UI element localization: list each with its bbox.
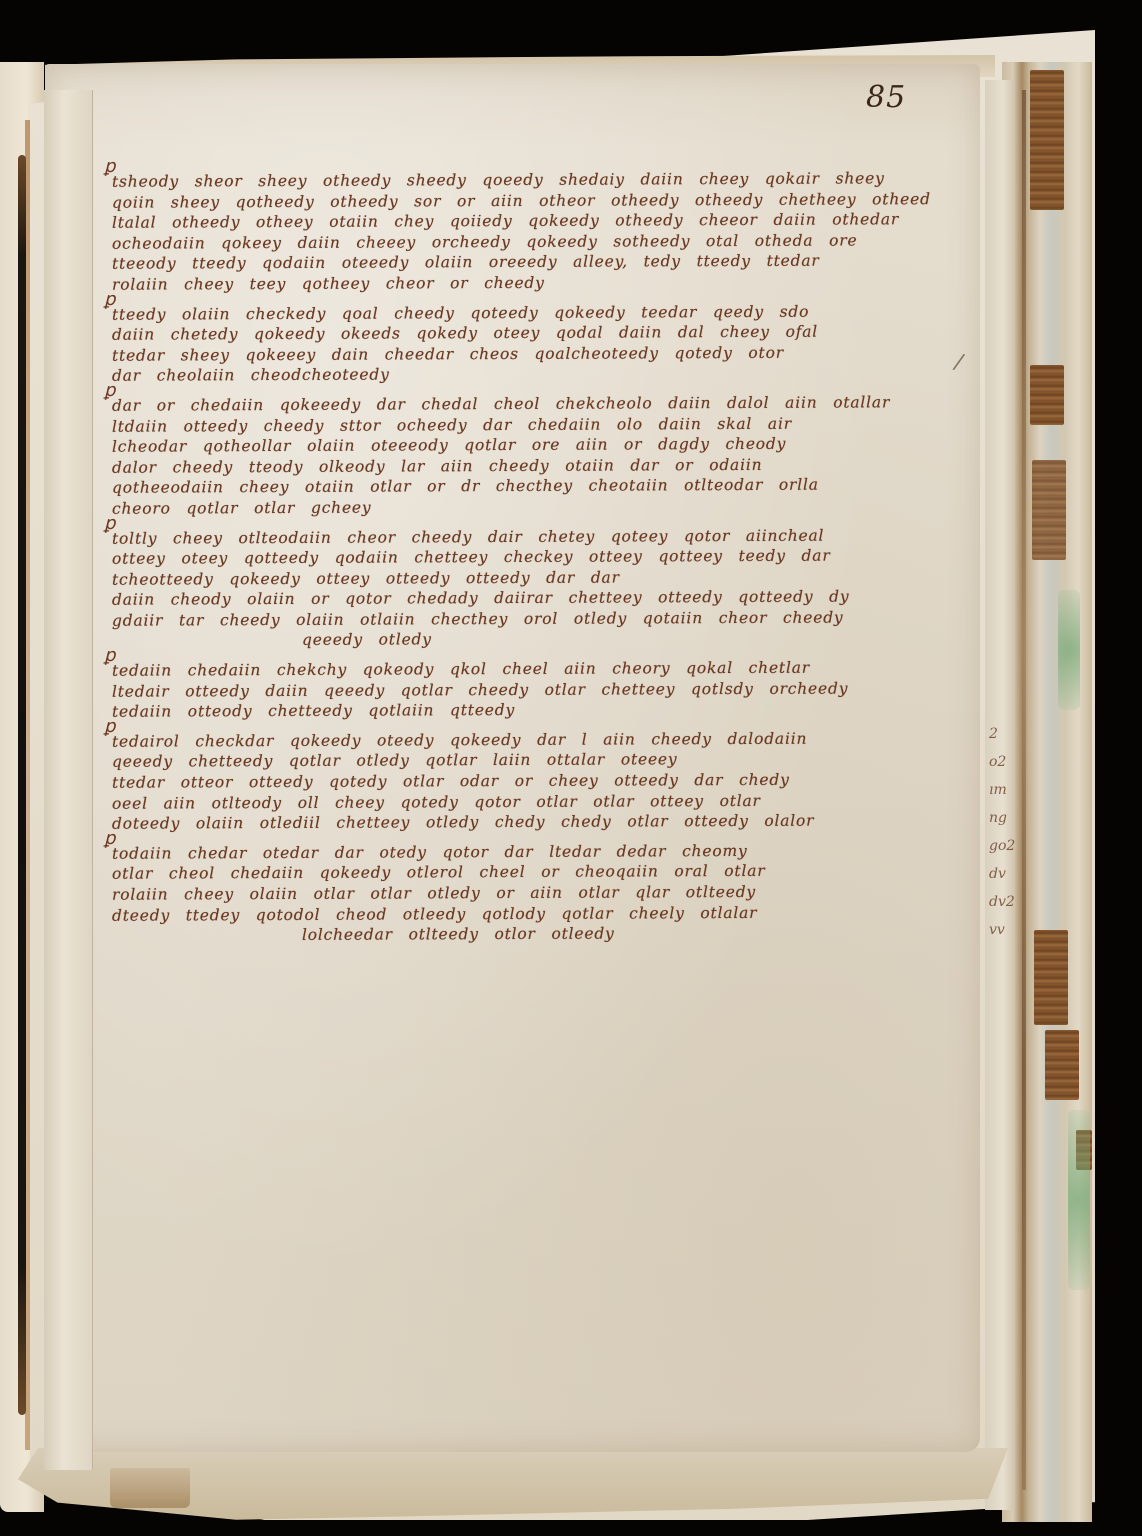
paragraph: ꝑ tteedy olaiin checkedy qoal cheedy qot… xyxy=(112,303,892,385)
folio-fold xyxy=(44,90,93,1470)
paragraph: ꝑ dar or chedaiin qokeeedy dar chedal ch… xyxy=(112,394,892,518)
margin-glyph: dv2 xyxy=(989,888,1013,916)
page-stack-edge xyxy=(1002,62,1092,1522)
text-line: tedaiin chedaiin chekchy qokeody qkol ch… xyxy=(112,657,892,681)
margin-glyph: ım xyxy=(989,776,1013,804)
paragraph: ꝑ tsheody sheor sheey otheedy sheedy qoe… xyxy=(112,170,892,294)
book-gutter xyxy=(18,155,26,1415)
margin-glyph: ng xyxy=(989,804,1013,832)
text-line: rolaiin cheey olaiin otlar otlar otledy … xyxy=(112,881,892,905)
text-line: dar cheolaiin cheodcheoteedy xyxy=(112,363,892,387)
margin-glyph: o2 xyxy=(989,748,1013,776)
edge-tab xyxy=(1030,365,1064,425)
binding-thread xyxy=(1022,90,1026,1490)
manuscript-photo: 2 o2 ım ng go2 dv dv2 vv 85 / ꝑ tsheody … xyxy=(0,0,1142,1536)
paragraph: ꝑ toltly cheey otlteodaiin cheor cheedy … xyxy=(112,527,892,651)
margin-glyph: 2 xyxy=(989,720,1013,748)
edge-tab xyxy=(1032,460,1066,560)
text-line: doteedy olaiin otlediil chetteey otledy … xyxy=(112,811,892,835)
text-line: lolcheedar otlteedy otlor otleedy xyxy=(112,922,892,946)
text-line: otteey oteey qotteedy qodaiin chetteey c… xyxy=(112,545,892,569)
paragraph: ꝑ todaiin chedar otedar dar otedy qotor … xyxy=(112,842,892,945)
text-line: ttedar otteor otteedy qotedy otlar odar … xyxy=(112,769,892,793)
text-line: cheoro qotlar otlar gcheey xyxy=(112,495,892,519)
paragraph: ꝑ tedaiin chedaiin chekchy qokeody qkol … xyxy=(112,659,892,721)
margin-glyph: vv xyxy=(989,916,1013,944)
paragraph: ꝑ tedairol checkdar qokeedy oteedy qokee… xyxy=(112,730,892,833)
green-pigment-stain xyxy=(1058,590,1080,710)
margin-glyph: go2 xyxy=(989,832,1013,860)
text-line: tedaiin otteody chetteedy qotlaiin qttee… xyxy=(112,699,892,723)
manuscript-text: ꝑ tsheody sheor sheey otheedy sheedy qoe… xyxy=(112,170,892,954)
text-line: tsheody sheor sheey otheedy sheedy qoeed… xyxy=(112,168,892,192)
margin-glyphs: 2 o2 ım ng go2 dv dv2 vv xyxy=(989,720,1013,944)
edge-tab xyxy=(1030,70,1064,210)
text-line: qeeedy otledy xyxy=(112,628,892,652)
torn-flap xyxy=(110,1468,190,1508)
green-pigment-stain xyxy=(1068,1110,1090,1290)
folio-number: 85 xyxy=(866,80,906,115)
edge-tab xyxy=(1045,1030,1079,1100)
text-line: dar or chedaiin qokeeedy dar chedal cheo… xyxy=(112,392,892,416)
margin-glyph: dv xyxy=(989,860,1013,888)
edge-tab xyxy=(1034,930,1068,1025)
text-line: rolaiin cheey teey qotheey cheor or chee… xyxy=(112,271,892,295)
